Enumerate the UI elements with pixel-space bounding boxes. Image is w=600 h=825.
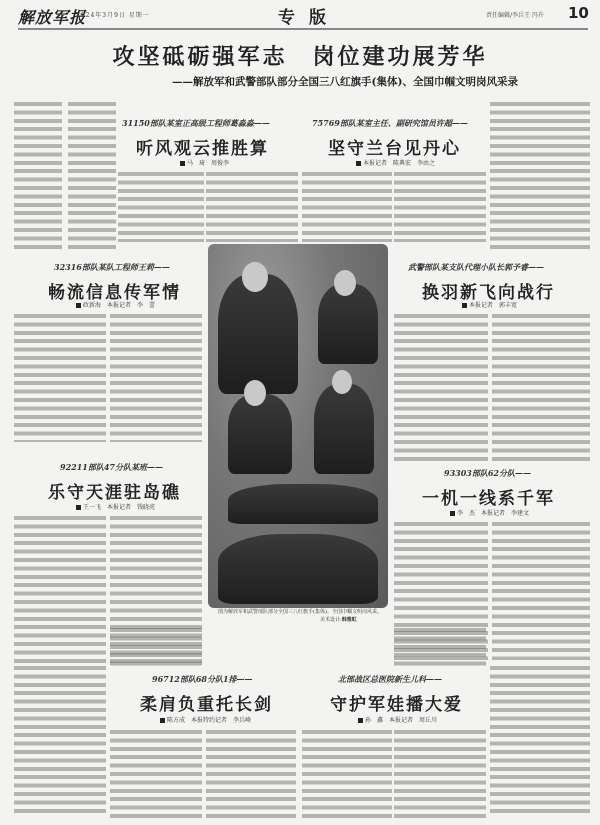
article-1-text [206, 170, 298, 242]
article-7-text [110, 728, 202, 818]
article-7-byline: 陈方成 本报特约记者 李兵峰 [160, 715, 251, 724]
article-3-kicker: 32316部队某队工程师王莉—— [54, 262, 170, 273]
article-3-byline: 政新海 本报记者 李 蕾 [76, 300, 155, 309]
article-4-byline: 本报记者 郭丰宽 [462, 300, 517, 309]
intro-text-column [14, 100, 62, 252]
byline-marker-icon [180, 161, 185, 166]
byline-marker-icon [76, 303, 81, 308]
main-subtitle: ——解放军和武警部队部分全国三八红旗手(集体)、全国巾帼文明岗风采录 [0, 74, 600, 89]
article-2-kicker: 75769部队某室主任、副研究馆员许超—— [312, 118, 468, 129]
byline-marker-icon [160, 718, 165, 723]
article-8-text [302, 728, 392, 818]
byline-marker-icon [450, 511, 455, 516]
article-2-text [394, 170, 486, 242]
article-5-kicker: 92211部队47分队某班—— [60, 462, 163, 473]
main-headline: 攻坚砥砺强军志 岗位建功展芳华 [0, 40, 600, 71]
byline-marker-icon [356, 161, 361, 166]
byline-marker-icon [358, 718, 363, 723]
article-8-kicker: 北部战区总医院新生儿科—— [338, 674, 442, 685]
article-1-text [68, 100, 116, 252]
article-8-byline: 孙 鑫 本报记者 周丘川 [358, 715, 437, 724]
article-1-title: 听风观云推胜算 [136, 134, 269, 159]
article-8-text [394, 626, 486, 666]
article-2-text [490, 100, 590, 252]
masthead: 解放军报 2024年3月9日 星期一 专版 责任编辑/李兵王 冯升 10 [0, 0, 600, 30]
article-7-text [206, 728, 296, 818]
article-4-kicker: 武警部队某支队代理小队长郭予睿—— [408, 262, 544, 273]
article-7-text [110, 626, 202, 666]
issue-date: 2024年3月9日 星期一 [76, 10, 150, 19]
article-6-text [490, 664, 590, 814]
editors-credit: 责任编辑/李兵王 冯升 [486, 10, 544, 19]
page-number: 10 [568, 4, 589, 22]
byline-marker-icon [76, 505, 81, 510]
photo-caption: 图为解放军和武警部队部分全国三八红旗手(集体)、全国巾帼文明岗风采。 [212, 608, 388, 615]
article-5-title: 乐守天涯驻岛礁 [48, 478, 181, 503]
photo-collage [208, 244, 388, 608]
article-4-text [394, 312, 488, 462]
article-2-byline: 本报记者 陈典宏 李由之 [356, 158, 435, 167]
article-3-text [110, 312, 202, 442]
article-7-title: 柔肩负重托长剑 [140, 690, 273, 715]
article-1-byline: 马 琦 周俊李 [180, 158, 229, 167]
article-8-title: 守护军娃播大爱 [330, 690, 463, 715]
article-4-text [492, 312, 590, 462]
article-8-text [394, 728, 486, 818]
masthead-divider [18, 28, 588, 30]
article-7-kicker: 96712部队68分队1排—— [152, 674, 253, 685]
article-6-title: 一机一线系千军 [422, 484, 555, 509]
article-5-byline: 王一飞 本报记者 钱晓虎 [76, 502, 155, 511]
article-6-byline: 李 杰 本报记者 李建文 [450, 508, 529, 517]
section-label: 专版 [278, 3, 340, 28]
article-6-text [492, 520, 590, 660]
soldier-figure [218, 274, 298, 394]
group-figures [228, 484, 378, 524]
officer-figure [228, 394, 292, 474]
medical-team-figures [218, 534, 378, 604]
article-1-text [118, 170, 204, 242]
armed-police-figure [314, 384, 374, 474]
byline-marker-icon [462, 303, 467, 308]
soldier-figure [318, 284, 378, 364]
article-2-text [302, 170, 392, 242]
article-6-kicker: 93303部队62分队—— [444, 468, 531, 479]
article-5-text [14, 664, 106, 814]
photo-credit: 美术设计:韩雅虹 [320, 616, 357, 623]
article-3-text [14, 312, 106, 442]
article-1-kicker: 31150部队某室正高级工程师葛淼淼—— [122, 118, 270, 129]
article-2-title: 坚守兰台见丹心 [328, 134, 461, 159]
article-5-text [14, 514, 106, 664]
